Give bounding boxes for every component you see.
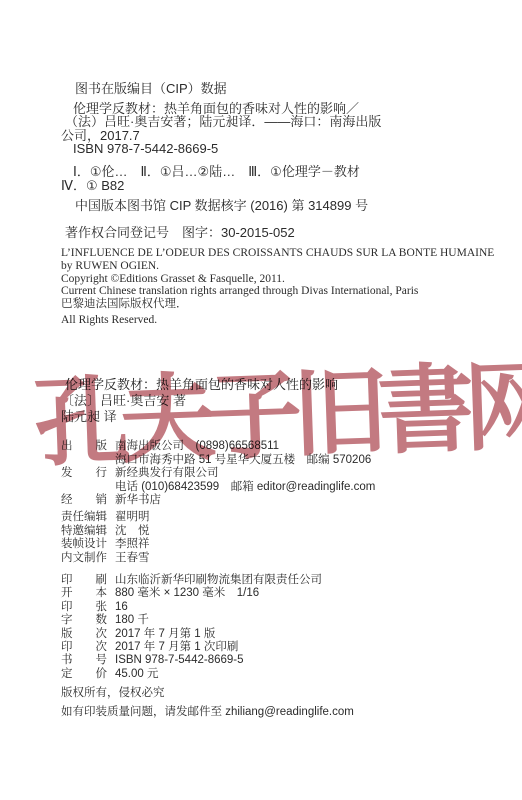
- row-value: 新华书店: [115, 494, 161, 508]
- publisher-block: 出版 南海出版公司 (0898)66568511 海口市海秀中路 51 号星华大…: [61, 440, 375, 508]
- printing-block: 印刷 山东临沂新华印刷物流集团有限责任公司 开本 880 毫米 × 1230 毫…: [61, 574, 322, 681]
- printing-row: 字数 180 千: [61, 614, 322, 627]
- row-label: 定价: [61, 668, 107, 681]
- printing-row: 印刷 山东临沂新华印刷物流集团有限责任公司: [61, 574, 322, 587]
- row-label: 字数: [61, 614, 107, 627]
- row-value: 翟明明: [115, 511, 150, 525]
- original-title: L’INFLUENCE DE L’ODEUR DES CROISSANTS CH…: [61, 247, 494, 260]
- staff-row: 特邀编辑 沈 悦: [61, 525, 150, 539]
- printing-row: 版次 2017 年 7 月第 1 版: [61, 628, 322, 641]
- row-value: ISBN 978-7-5442-8669-5: [115, 654, 244, 667]
- row-value: 16: [115, 601, 128, 614]
- staff-row: 责任编辑 翟明明: [61, 511, 150, 525]
- printing-row: 印次 2017 年 7 月第 1 次印刷: [61, 641, 322, 654]
- row-value: 新经典发行有限公司: [115, 467, 219, 481]
- row-label: 书号: [61, 654, 107, 667]
- copyright-line: Copyright ©Editions Grasset & Fasquelle,…: [61, 273, 494, 286]
- row-label: 责任编辑: [61, 511, 107, 525]
- row-value: 2017 年 7 月第 1 版: [115, 628, 215, 641]
- copyright-block: 著作权合同登记号 图字：30-2015-052 L’INFLUENCE DE L…: [61, 226, 494, 327]
- footer-contact: 如有印装质量问题，请发邮件至 zhiliang@readinglife.com: [61, 706, 354, 720]
- row-label: 印张: [61, 601, 107, 614]
- title-block: 伦理学反教材：热羊角面包的香味对人性的影响 〔法〕吕旺·奥吉安 著 陆元昶 译: [61, 377, 338, 425]
- distributor-contact: 电话 (010)68423599 邮箱 editor@readinglife.c…: [61, 481, 375, 495]
- printing-row: 印张 16: [61, 601, 322, 614]
- book-translator: 陆元昶 译: [61, 409, 338, 425]
- row-label: 装帧设计: [61, 538, 107, 552]
- cip-heading: 图书在版编目（CIP）数据: [61, 82, 381, 96]
- cip-block: 图书在版编目（CIP）数据 伦理学反教材：热羊角面包的香味对人性的影响／ （法）…: [61, 82, 381, 213]
- retailer-row: 经销 新华书店: [61, 494, 375, 508]
- row-label: 印刷: [61, 574, 107, 587]
- rights-reserved: All Rights Reserved.: [61, 314, 494, 327]
- footer-block: 版权所有，侵权必究 如有印装质量问题，请发邮件至 zhiliang@readin…: [61, 687, 354, 720]
- row-value: 880 毫米 × 1230 毫米 1/16: [115, 587, 259, 600]
- staff-row: 内文制作 王春雪: [61, 552, 150, 566]
- row-label: 出版: [61, 440, 107, 454]
- footer-notice: 版权所有，侵权必究: [61, 687, 354, 701]
- cip-classification: Ⅳ．① B82: [61, 179, 381, 193]
- printing-row: 开本 880 毫米 × 1230 毫米 1/16: [61, 587, 322, 600]
- row-label: 印次: [61, 641, 107, 654]
- book-author: 〔法〕吕旺·奥吉安 著: [61, 393, 338, 409]
- row-value: 45.00 元: [115, 668, 158, 681]
- row-value: 李照祥: [115, 538, 150, 552]
- original-author: by RUWEN OGIEN.: [61, 260, 494, 273]
- row-value: 王春雪: [115, 552, 150, 566]
- staff-block: 责任编辑 翟明明 特邀编辑 沈 悦 装帧设计 李照祥 内文制作 王春雪: [61, 511, 150, 566]
- cip-line: 伦理学反教材：热羊角面包的香味对人性的影响／: [61, 102, 381, 116]
- distributor-row: 发行 新经典发行有限公司: [61, 467, 375, 481]
- publisher-row: 出版 南海出版公司 (0898)66568511: [61, 440, 375, 454]
- cip-classification: Ⅰ．①伦… Ⅱ．①吕…②陆… Ⅲ．①伦理学－教材: [61, 165, 381, 179]
- printing-row: 书号 ISBN 978-7-5442-8669-5: [61, 654, 322, 667]
- staff-row: 装帧设计 李照祥: [61, 538, 150, 552]
- book-title: 伦理学反教材：热羊角面包的香味对人性的影响: [61, 377, 338, 393]
- cip-record-number: 中国版本图书馆 CIP 数据核字 (2016) 第 314899 号: [61, 199, 381, 213]
- row-value: 沈 悦: [115, 525, 150, 539]
- copyright-page: 孔夫子旧書网 图书在版编目（CIP）数据 伦理学反教材：热羊角面包的香味对人性的…: [0, 0, 522, 800]
- copyright-agent: 巴黎迪法国际版权代理．: [61, 298, 494, 311]
- row-value: 南海出版公司 (0898)66568511: [115, 440, 279, 454]
- row-value: 山东临沂新华印刷物流集团有限责任公司: [115, 574, 322, 587]
- cip-isbn: ISBN 978-7-5442-8669-5: [61, 142, 381, 156]
- row-label: 经销: [61, 494, 107, 508]
- row-label: 内文制作: [61, 552, 107, 566]
- row-label: 特邀编辑: [61, 525, 107, 539]
- publisher-address: 海口市海秀中路 51 号星华大厦五楼 邮编 570206: [61, 454, 375, 468]
- row-value: 2017 年 7 月第 1 次印刷: [115, 641, 238, 654]
- copyright-line: Current Chinese translation rights arran…: [61, 285, 494, 298]
- row-value: 180 千: [115, 614, 149, 627]
- row-label: 开本: [61, 587, 107, 600]
- row-label: 发行: [61, 467, 107, 481]
- cip-line: 公司，2017.7: [61, 129, 381, 143]
- printing-row: 定价 45.00 元: [61, 668, 322, 681]
- copyright-registration: 著作权合同登记号 图字：30-2015-052: [61, 226, 494, 240]
- row-label: 版次: [61, 628, 107, 641]
- cip-line: （法）吕旺·奥吉安著；陆元昶译．——海口：南海出版: [61, 115, 381, 129]
